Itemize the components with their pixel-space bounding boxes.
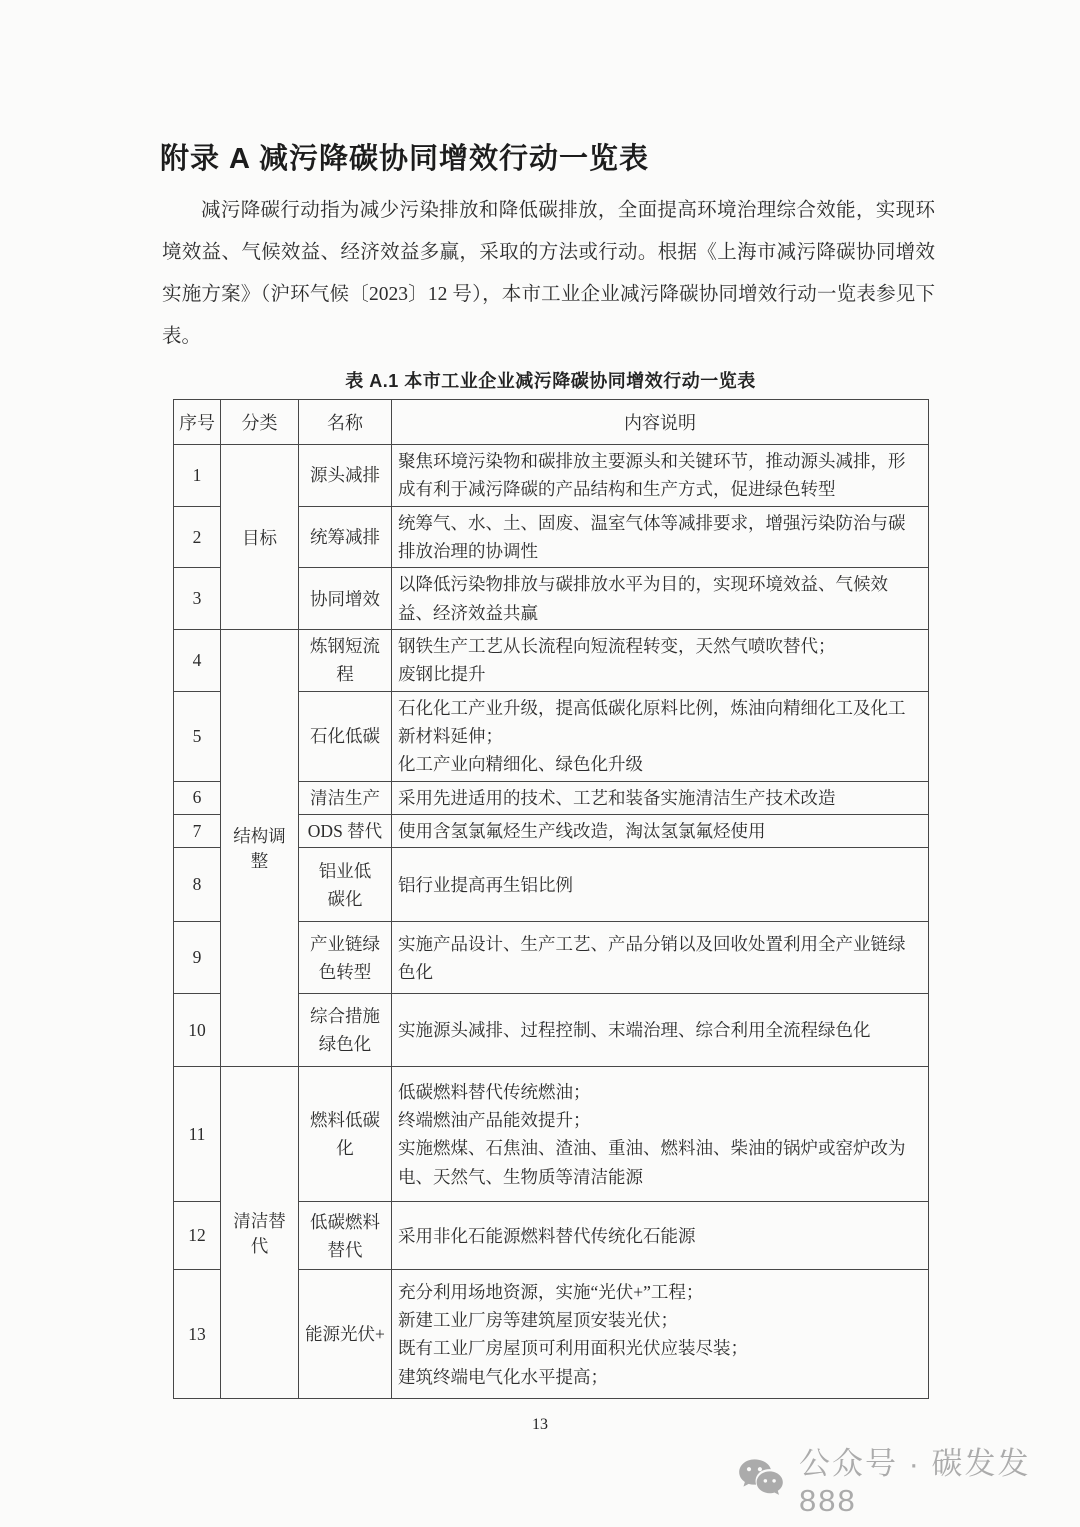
row-index-cell: 9 <box>174 922 221 994</box>
watermark-text: 公众号 · 碳发发888 <box>799 1438 1080 1519</box>
name-cell: 低碳燃料 替代 <box>299 1202 392 1270</box>
row-index-cell: 8 <box>174 848 221 922</box>
row-index-cell: 4 <box>174 630 221 692</box>
table-header-row: 序号 分类 名称 内容说明 <box>174 400 929 445</box>
col-header-index: 序号 <box>174 400 221 445</box>
desc-cell: 使用含氢氯氟烃生产线改造，淘汰氢氯氟烃使用 <box>392 815 929 848</box>
name-cell: 综合措施 绿色化 <box>299 994 392 1067</box>
page-number: 13 <box>0 1416 1080 1434</box>
row-index-cell: 12 <box>174 1202 221 1270</box>
desc-cell: 石化化工产业升级，提高低碳化原料比例，炼油向精细化工及化工新材料延伸； 化工产业… <box>392 691 929 781</box>
name-cell: 统筹减排 <box>299 506 392 568</box>
desc-cell: 铝行业提高再生铝比例 <box>392 848 929 922</box>
table-caption: 表 A.1 本市工业企业减污降碳协同增效行动一览表 <box>173 367 928 393</box>
row-index-cell: 3 <box>174 568 221 630</box>
col-header-name: 名称 <box>299 400 392 445</box>
row-index-cell: 2 <box>174 506 221 568</box>
name-cell: ODS 替代 <box>299 815 392 848</box>
name-cell: 燃料低碳 化 <box>299 1067 392 1202</box>
category-cell-structure: 结构调整 <box>221 630 299 1067</box>
desc-cell: 统筹气、水、土、固废、温室气体等减排要求，增强污染防治与碳排放治理的协调性 <box>392 506 929 568</box>
row-index-cell: 13 <box>174 1270 221 1399</box>
name-cell: 能源光伏+ <box>299 1270 392 1399</box>
row-index-cell: 6 <box>174 781 221 814</box>
category-cell-clean-substitution: 清洁替代 <box>221 1067 299 1399</box>
row-index-cell: 11 <box>174 1067 221 1202</box>
name-cell: 产业链绿 色转型 <box>299 922 392 994</box>
wechat-icon <box>737 1457 785 1501</box>
desc-cell: 实施产品设计、生产工艺、产品分销以及回收处置利用全产业链绿色化 <box>392 922 929 994</box>
col-header-category: 分类 <box>221 400 299 445</box>
desc-cell: 实施源头减排、过程控制、末端治理、综合利用全流程绿色化 <box>392 994 929 1067</box>
row-index-cell: 7 <box>174 815 221 848</box>
desc-cell: 低碳燃料替代传统燃油； 终端燃油产品能效提升； 实施燃煤、石焦油、渣油、重油、燃… <box>392 1067 929 1202</box>
page-title: 附录 A 减污降碳协同增效行动一览表 <box>160 136 649 177</box>
desc-cell: 充分利用场地资源，实施“光伏+”工程； 新建工业厂房等建筑屋顶安装光伏； 既有工… <box>392 1270 929 1399</box>
desc-cell: 聚焦环境污染物和碳排放主要源头和关键环节，推动源头减排，形成有利于减污降碳的产品… <box>392 445 929 507</box>
table-row: 4 结构调整 炼钢短流 程 钢铁生产工艺从长流程向短流程转变，天然气喷吹替代； … <box>174 630 929 692</box>
row-index-cell: 5 <box>174 691 221 781</box>
table-row: 1 目标 源头减排 聚焦环境污染物和碳排放主要源头和关键环节，推动源头减排，形成… <box>174 445 929 507</box>
table-row: 11 清洁替代 燃料低碳 化 低碳燃料替代传统燃油； 终端燃油产品能效提升； 实… <box>174 1067 929 1202</box>
row-index-cell: 1 <box>174 445 221 507</box>
intro-paragraph: 减污降碳行动指为减少污染排放和降低碳排放，全面提高环境治理综合效能，实现环境效益… <box>162 190 935 358</box>
name-cell: 协同增效 <box>299 568 392 630</box>
name-cell: 石化低碳 <box>299 691 392 781</box>
desc-cell: 采用先进适用的技术、工艺和装备实施清洁生产技术改造 <box>392 781 929 814</box>
watermark: 公众号 · 碳发发888 <box>737 1438 1080 1519</box>
document-page: 附录 A 减污降碳协同增效行动一览表 减污降碳行动指为减少污染排放和降低碳排放，… <box>0 0 1080 1527</box>
name-cell: 清洁生产 <box>299 781 392 814</box>
name-cell: 铝业低 碳化 <box>299 848 392 922</box>
desc-cell: 以降低污染物排放与碳排放水平为目的，实现环境效益、气候效益、经济效益共赢 <box>392 568 929 630</box>
desc-cell: 采用非化石能源燃料替代传统化石能源 <box>392 1202 929 1270</box>
category-cell-goal: 目标 <box>221 445 299 630</box>
desc-cell: 钢铁生产工艺从长流程向短流程转变，天然气喷吹替代； 废钢比提升 <box>392 630 929 692</box>
row-index-cell: 10 <box>174 994 221 1067</box>
col-header-description: 内容说明 <box>392 400 929 445</box>
name-cell: 炼钢短流 程 <box>299 630 392 692</box>
actions-table: 序号 分类 名称 内容说明 1 目标 源头减排 聚焦环境污染物和碳排放主要源头和… <box>173 399 929 1399</box>
name-cell: 源头减排 <box>299 445 392 507</box>
